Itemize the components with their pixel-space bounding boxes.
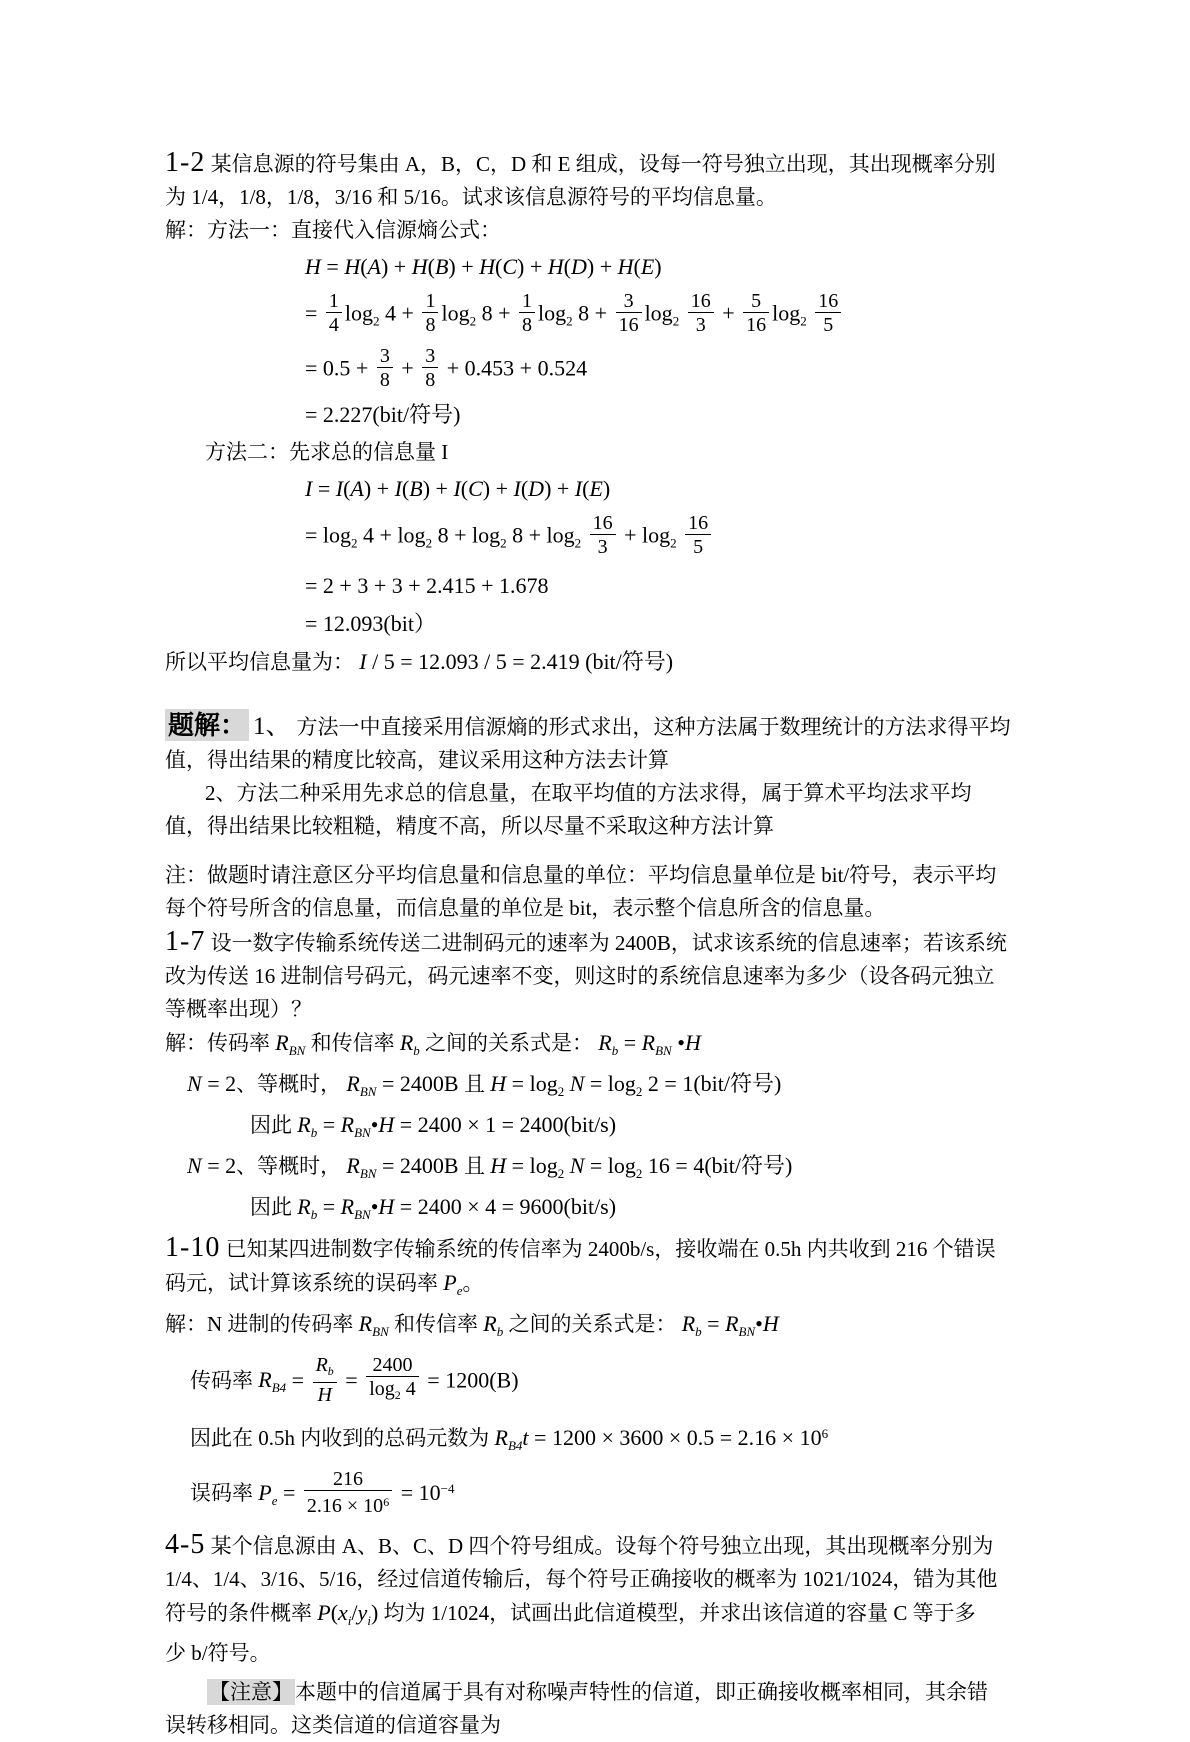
math-variable: C [468,476,483,501]
math-variable: H [378,1194,394,1219]
math-text: 4 [401,1378,416,1400]
text-line: 1-10 已知某四进制数字传输系统的传信率为 2400b/s，接收端在 0.5h… [165,1231,1045,1266]
text-line: 解：方法一：直接代入信源熵公式： [165,214,1045,247]
text-line: 值，得出结果比较粗糙，精度不高，所以尽量不采取这种方法计算 [165,810,1045,843]
math-subscript: BN [372,1324,389,1339]
text-line: = log2 4 + log2 8 + log2 8 + log2 163 + … [305,514,1045,561]
fraction-denominator: 16 [743,312,769,336]
math-variable: Rb [400,1030,420,1055]
math-text: 5 [751,290,761,312]
math-text: ) + [423,476,454,501]
problem-number: 1-7 [165,926,205,957]
math-text: log [538,300,566,325]
note-units: 注：做题时请注意区分平均信息量和信息量的单位：平均信息量单位是 bit/符号，表… [165,859,1045,925]
text-run: 误转移相同。这类信道的信道容量为 [165,1713,501,1737]
text-run: 、等概时， [236,1154,346,1178]
text-line: = 14log2 4 + 18log2 8 + 18log2 8 + 316lo… [305,292,1045,339]
text-run: 改为传送 16 进制信号码元，码元速率不变，则这时的系统信息速率为多少（设各码元… [165,964,995,988]
fraction: 316 [616,289,642,336]
text-line: 因此 Rb = RBN•H = 2400 × 4 = 9600(bit/s) [250,1190,1045,1231]
math-variable: N [187,1071,202,1096]
text-run: 、等概时， [236,1072,346,1096]
fraction-numerator: 16 [685,511,711,534]
text-run: 为 1/4，1/8，1/8，3/16 和 5/16。试求该信息源符号的平均信息量… [165,185,777,209]
text-line: 解：传码率 RBN 和传信率 Rb 之间的关系式是： Rb = RBN •H [165,1026,1045,1067]
text-run: 1/4、1/4、3/16、5/16，经过信道传输后，每个符号正确接收的概率为 1… [165,1567,997,1591]
math-text: = 1200(B) [422,1367,519,1392]
math-text: = [305,300,323,325]
math-variable: Rb [316,1354,334,1376]
math-text: log [772,300,800,325]
text-run: 之间的关系式是： [420,1031,599,1055]
text-run: 等概率出现）？ [165,997,312,1021]
math-text: 2 = 1(bit/符号) [642,1071,781,1096]
text-run: 且 [464,1072,490,1096]
math-subscript: B4 [272,1380,286,1395]
fraction-numerator: 1 [519,289,535,312]
text-run: 解：方法一：直接代入信源熵公式： [165,218,501,242]
math-text: / [351,1600,357,1625]
text-run: 码元，试计算该系统的误码率 [165,1271,443,1295]
math-text: 1 [522,290,532,312]
fraction-numerator: 5 [743,289,769,312]
math-text: 16 [619,314,639,336]
math-text: 8 [522,314,532,336]
math-text [679,300,685,325]
math-variable: yi [358,1600,371,1625]
text-run: 每个符号所含的信息量，而信息量的单位是 bit，表示整个信息所含的信息量。 [165,896,885,920]
text-run: 。 [462,1271,483,1295]
math-text: • [755,1311,763,1336]
text-line: 【注意】本题中的信道属于具有对称噪声特性的信道，即正确接收概率相同，其余错 [207,1676,1045,1709]
math-text: = [702,1311,725,1336]
text-run: 因此 [250,1195,297,1219]
math-text: 8 + [573,300,613,325]
math-variable: RBN [359,1311,389,1336]
math-variable: I [453,476,460,501]
fraction-numerator: 3 [616,289,642,312]
fraction: 165 [685,511,711,558]
problem-number: 4-5 [165,1529,205,1560]
math-text: log [369,1378,395,1400]
math-text: log [645,300,673,325]
fraction: 516 [743,289,769,336]
math-text: 3 [380,345,390,367]
text-run: 方法二：先求总的信息量 I [205,440,448,464]
text-run: 因此在 0.5h 内收到的总码元数为 [190,1426,495,1450]
math-text: ( [360,254,367,279]
fraction-numerator: 2400 [366,1353,419,1376]
math-subscript: BN [360,1084,377,1099]
commentary-tijie: 题解：1、方法一中直接采用信源熵的形式求出，这种方法属于数理统计的方法求得平均值… [165,709,1045,843]
math-variable: RBN [275,1030,305,1055]
math-text: 16 [593,512,613,534]
math-subscript: BN [360,1166,377,1181]
math-variable: H [305,254,321,279]
math-variable: E [589,476,602,501]
math-variable: RB4 [495,1425,523,1450]
text-line: 为 1/4，1/8，1/8，3/16 和 5/16。试求该信息源符号的平均信息量… [165,181,1045,214]
math-text: + [396,355,419,380]
text-line: = 2 + 3 + 3 + 2.415 + 1.678 [305,569,1045,603]
math-subscript: b [328,1364,334,1378]
math-text: / 5 = 12.093 / 5 = 2.419 (bit/符号) [367,649,674,674]
math-variable: C [502,254,517,279]
math-variable: H [378,1112,394,1137]
math-variable: RB4 [258,1367,286,1392]
fraction-denominator: 2.16 × 106 [304,1490,392,1517]
text-run: 某个信息源由 A、B、C、D 四个符号组成。设每个符号独立出现，其出现概率分别为 [205,1534,993,1558]
text-run: 设一数字传输系统传送二进制码元的速率为 2400B，试求该系统的信息速率；若该系… [205,931,1007,955]
problem-1-10: 1-10 已知某四进制数字传输系统的传信率为 2400b/s，接收端在 0.5h… [165,1231,1045,1520]
fraction-numerator: 16 [815,289,841,312]
text-run: 且 [464,1154,490,1178]
math-text: + 0.453 + 0.524 [441,355,587,380]
math-variable: Rb [682,1311,702,1336]
math-text: = log [506,1071,558,1096]
math-text: 216 [333,1468,363,1490]
text-line: 误转移相同。这类信道的信道容量为 [165,1709,1045,1742]
fraction-denominator: 8 [519,312,535,336]
fraction-numerator: 1 [326,289,342,312]
fraction: 18 [422,289,438,336]
math-text: + log [619,522,671,547]
math-text: = log [584,1071,636,1096]
math-text: = [321,254,344,279]
math-text: 8 + log [507,522,575,547]
math-variable: Rb [598,1030,618,1055]
math-variable: H [618,254,634,279]
text-line: 码元，试计算该系统的误码率 Pe。 [165,1266,1045,1307]
math-superscript: 6 [822,1426,829,1441]
math-text [677,522,683,547]
fraction-denominator: log2 4 [366,1376,419,1406]
math-text: ) + [381,254,412,279]
math-text: 8 + log [432,522,500,547]
math-text: = 2400B [376,1071,464,1096]
fraction-denominator: 8 [422,367,438,391]
text-line: 因此 Rb = RBN•H = 2400 × 1 = 2400(bit/s) [250,1108,1045,1149]
text-line: 因此在 0.5h 内收到的总码元数为 RB4t = 1200 × 3600 × … [190,1417,1045,1462]
fraction: 163 [688,289,714,336]
math-text: = log [584,1153,636,1178]
math-variable: H [763,1311,779,1336]
text-run: 和传信率 [389,1312,484,1336]
fraction-numerator: 1 [422,289,438,312]
math-text: 1 [329,290,339,312]
fraction-denominator: 3 [590,534,616,558]
math-text: = 2 + 3 + 3 + 2.415 + 1.678 [305,573,549,598]
math-text: = [312,476,335,501]
text-line: 方法二：先求总的信息量 I [205,436,1045,469]
fraction-denominator: 3 [688,312,714,336]
math-text: ( [564,254,571,279]
text-line: 传码率 RB4 = RbH = 2400log2 4 = 1200(B) [190,1356,1045,1409]
text-run: 之间的关系式是： [503,1312,682,1336]
text-line: 符号的条件概率 P(xi/yi) 均为 1/1024，试画出此信道模型，并求出该… [165,1596,1045,1637]
problem-number: 1-2 [165,147,205,178]
math-text: 8 [380,369,390,391]
text-run: 误码率 [190,1481,258,1505]
math-text: ( [461,476,468,501]
text-run: 2、方法二种采用先求总的信息量，在取平均值的方法求得，属于算术平均法求平均 [205,781,972,805]
text-line: 误码率 Pe = 2162.16 × 106 = 10−4 [190,1470,1045,1520]
math-text [581,522,587,547]
fraction-numerator: 16 [688,289,714,312]
math-text: ) [654,254,661,279]
math-variable: H [317,1384,331,1406]
fraction: 163 [590,511,616,558]
math-variable: I [336,476,343,501]
math-text [807,300,813,325]
fraction-denominator: 8 [377,367,393,391]
math-variable: A [368,254,381,279]
math-subscript: BN [655,1043,672,1058]
math-text: = 2 [202,1153,236,1178]
list-marker: 1、 [253,713,291,740]
math-text: ( [428,254,435,279]
note-highlight: 【注意】 [207,1679,295,1705]
math-text: ) + [517,254,548,279]
math-text: = [286,1367,309,1392]
fraction-denominator: 8 [422,312,438,336]
math-text: 3 [425,345,435,367]
text-run: 符号的条件概率 [165,1601,317,1625]
math-variable: B [435,254,448,279]
text-line: 2、方法二种采用先求总的信息量，在取平均值的方法求得，属于算术平均法求平均 [205,777,1045,810]
problem-number: 1-10 [165,1232,220,1263]
math-text: ) + [364,476,395,501]
math-variable: Rb [297,1194,317,1219]
text-line: 值，得出结果的精度比较高，建议采用这种方法去计算 [165,744,1045,777]
math-text: = 12.093(bit） [305,611,436,636]
math-variable: H [685,1030,701,1055]
fraction-denominator: 16 [616,312,642,336]
math-text: 16 [818,290,838,312]
text-line: 1/4、1/4、3/16、5/16，经过信道传输后，每个符号正确接收的概率为 1… [165,1563,1045,1596]
math-variable: xi [338,1600,351,1625]
math-variable: RBN [725,1311,755,1336]
fraction: 2162.16 × 106 [304,1467,392,1517]
math-text: 5 [693,536,703,558]
math-text: = [618,1030,641,1055]
math-text: ) + [587,254,618,279]
fraction-denominator: H [313,1382,337,1406]
text-line: 等概率出现）？ [165,993,1045,1026]
text-run: 方法一中直接采用信源熵的形式求出，这种方法属于数理统计的方法求得平均 [297,715,1011,739]
text-run: 某信息源的符号集由 A，B，C，D 和 E 组成，设每一符号独立出现，其出现概率… [205,152,995,176]
math-subscript: BN [354,1207,371,1222]
fraction-numerator: 3 [422,344,438,367]
math-text: = [317,1112,340,1137]
fraction-numerator: 16 [590,511,616,534]
math-text: 16 [688,512,708,534]
fraction-denominator: 5 [815,312,841,336]
math-subscript: B4 [508,1438,522,1453]
fraction-numerator: 216 [304,1467,392,1490]
math-text: 8 [425,314,435,336]
math-variable: Pe [258,1480,277,1505]
math-text: = [340,1367,363,1392]
math-superscript: −4 [441,1481,455,1496]
problem-4-5: 4-5 某个信息源由 A、B、C、D 四个符号组成。设每个符号独立出现，其出现概… [165,1528,1045,1742]
math-variable: P [317,1600,330,1625]
math-text: = 0.5 + [305,355,374,380]
math-subscript: BN [289,1043,306,1058]
math-text: 8 + [476,300,516,325]
math-variable: H [412,254,428,279]
math-variable: I [359,649,366,674]
math-superscript: 6 [383,1495,389,1509]
math-variable: Rb [297,1112,317,1137]
math-variable: A [350,476,363,501]
math-text: ( [331,1600,338,1625]
fraction: 165 [815,289,841,336]
math-text: ) + [448,254,479,279]
math-subscript: BN [739,1324,756,1339]
math-variable: Rb [483,1311,503,1336]
text-line: 题解：1、方法一中直接采用信源熵的形式求出，这种方法属于数理统计的方法求得平均 [165,709,1045,744]
text-run: 传码率 [190,1368,258,1392]
math-text: 1 [425,290,435,312]
text-line: 所以平均信息量为： I / 5 = 12.093 / 5 = 2.419 (bi… [165,645,1045,679]
math-variable: N [570,1071,585,1096]
math-text: = log [305,522,351,547]
text-run: 注：做题时请注意区分平均信息量和信息量的单位：平均信息量单位是 bit/符号，表… [165,863,996,887]
math-text: 3 [624,290,634,312]
text-run: 解：N 进制的传码率 [165,1312,359,1336]
math-text: 2.16 × 10 [307,1495,383,1517]
math-variable: I [395,476,402,501]
fraction: 18 [519,289,535,336]
math-variable: N [187,1153,202,1178]
math-text: 5 [823,314,833,336]
text-line: = 12.093(bit） [305,607,1045,641]
math-text: 16 [746,314,766,336]
text-line: N = 2、等概时， RBN = 2400B 且 H = log2 N = lo… [187,1067,1045,1108]
math-text: 3 [598,536,608,558]
fraction-denominator: 4 [326,312,342,336]
math-text: = 2.227(bit/符号) [305,402,460,427]
math-variable: H [479,254,495,279]
text-run: 值，得出结果比较粗糙，精度不高，所以尽量不采取这种方法计算 [165,814,774,838]
math-text: + [717,300,740,325]
text-run: 已知某四进制数字传输系统的传信率为 2400b/s，接收端在 0.5h 内共收到… [220,1237,995,1261]
fraction-denominator: 5 [685,534,711,558]
text-line: H = H(A) + H(B) + H(C) + H(D) + H(E) [305,250,1045,284]
math-variable: RBN [341,1112,371,1137]
math-text: • [672,1030,685,1055]
math-subscript: 2 [800,313,807,328]
math-text: = 1200 × 3600 × 0.5 = 2.16 × 10 [529,1425,822,1450]
math-text: ) + [483,476,514,501]
math-text: 16 [691,290,711,312]
math-text: 16 = 4(bit/符号) [642,1153,792,1178]
math-text: 4 + [380,300,420,325]
fraction: 38 [377,344,393,391]
text-line: I = I(A) + I(B) + I(C) + I(D) + I(E) [305,472,1045,506]
math-subscript: BN [354,1125,371,1140]
math-variable: E [641,254,654,279]
math-variable: D [528,476,544,501]
math-variable: H [548,254,564,279]
text-run: 值，得出结果的精度比较高，建议采用这种方法去计算 [165,748,669,772]
problem-1-7: 1-7 设一数字传输系统传送二进制码元的速率为 2400B，试求该系统的信息速率… [165,925,1045,1231]
math-variable: RBN [346,1071,376,1096]
document-page: 1-2 某信息源的符号集由 A，B，C，D 和 E 组成，设每一符号独立出现，其… [0,0,1190,1683]
fraction: RbH [313,1353,337,1406]
text-line: 改为传送 16 进制信号码元，码元速率不变，则这时的系统信息速率为多少（设各码元… [165,960,1045,993]
math-text: = 2 [202,1071,236,1096]
text-line: = 2.227(bit/符号) [305,398,1045,432]
math-text: ) + [544,476,575,501]
text-run: 解：传码率 [165,1031,275,1055]
math-text: = [277,1480,300,1505]
text-line: 1-2 某信息源的符号集由 A，B，C，D 和 E 组成，设每一符号独立出现，其… [165,146,1045,181]
math-variable: H [344,254,360,279]
math-variable: B [409,476,422,501]
text-run: 因此 [250,1113,297,1137]
math-variable: Pe [443,1270,462,1295]
math-text: = 2400 × 1 = 2400(bit/s) [394,1112,616,1137]
math-variable: D [571,254,587,279]
math-text: log [345,300,373,325]
math-variable: H [490,1071,506,1096]
math-text: log [441,300,469,325]
problem-1-2: 1-2 某信息源的符号集由 A，B，C，D 和 E 组成，设每一符号独立出现，其… [165,146,1045,679]
text-line: 少 b/符号。 [165,1637,1045,1670]
math-variable: N [570,1153,585,1178]
math-subscript: 2 [670,535,677,550]
math-text: = 2400 × 4 = 9600(bit/s) [394,1194,616,1219]
math-text: ( [634,254,641,279]
math-variable: RBN [642,1030,672,1055]
text-line: 注：做题时请注意区分平均信息量和信息量的单位：平均信息量单位是 bit/符号，表… [165,859,1045,892]
fraction-numerator: Rb [313,1353,337,1382]
math-text: = log [506,1153,558,1178]
math-text: 2400 [373,1354,413,1376]
math-text: = 2400B [376,1153,464,1178]
text-run: 少 b/符号。 [165,1641,271,1665]
text-run: 和传信率 [305,1031,400,1055]
math-text: 3 [696,314,706,336]
math-text: = 10 [395,1480,440,1505]
text-line: 4-5 某个信息源由 A、B、C、D 四个符号组成。设每个符号独立出现，其出现概… [165,1528,1045,1563]
math-variable: H [490,1153,506,1178]
text-run: 所以平均信息量为： [165,650,359,674]
fraction: 14 [326,289,342,336]
math-variable: I [514,476,521,501]
math-text: ) [603,476,610,501]
fraction-numerator: 3 [377,344,393,367]
document-content: 1-2 某信息源的符号集由 A，B，C，D 和 E 组成，设每一符号独立出现，其… [165,146,1045,1742]
math-variable: RBN [346,1153,376,1178]
text-line: N = 2、等概时， RBN = 2400B 且 H = log2 N = lo… [187,1149,1045,1190]
text-line: 每个符号所含的信息量，而信息量的单位是 bit，表示整个信息所含的信息量。 [165,892,1045,925]
math-text: 4 [329,314,339,336]
section-heading-highlight: 题解： [165,709,249,741]
text-line: 1-7 设一数字传输系统传送二进制码元的速率为 2400B，试求该系统的信息速率… [165,925,1045,960]
text-line: 解：N 进制的传码率 RBN 和传信率 Rb 之间的关系式是： Rb = RBN… [165,1307,1045,1348]
text-run: 本题中的信道属于具有对称噪声特性的信道，即正确接收概率相同，其余错 [295,1680,988,1704]
text-line: = 0.5 + 38 + 38 + 0.453 + 0.524 [305,347,1045,394]
math-variable: RBN [341,1194,371,1219]
fraction: 38 [422,344,438,391]
text-run: 均为 1/1024，试画出此信道模型，并求出该信道的容量 C 等于多 [378,1601,975,1625]
math-text: = [317,1194,340,1219]
fraction: 2400log2 4 [366,1353,419,1406]
math-text: 8 [425,369,435,391]
